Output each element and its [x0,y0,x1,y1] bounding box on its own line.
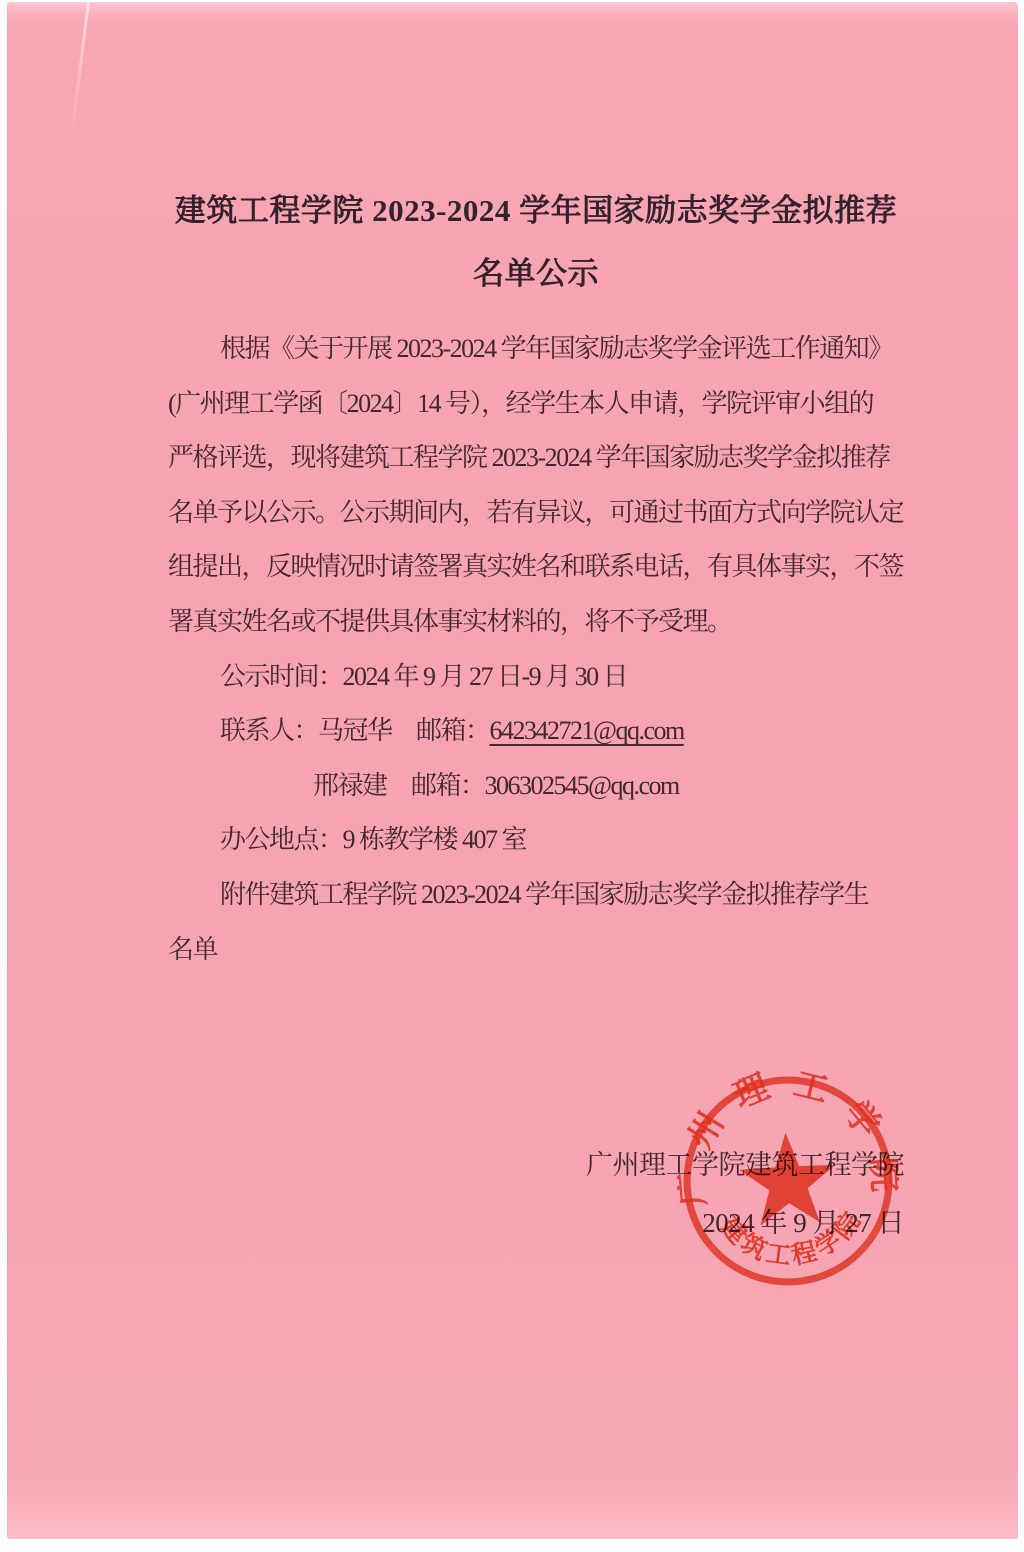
document-title-line2: 名单公示 [168,249,904,299]
seal-star-icon [737,1130,838,1226]
paragraph-line-5: 组提出，反映情况时请签署真实姓名和联系电话，有具体事实，不签 [168,540,910,595]
contact2-email: 306302545@qq.com [485,771,679,800]
attachment-line-2: 名单 [168,923,910,978]
office-location-line: 办公地点：9 栋教学楼 407 室 [168,813,910,868]
paragraph-line-4: 名单予以公示。公示期间内，若有异议，可通过书面方式向学院认定 [168,486,910,541]
contact1-label: 联系人：马冠华 邮箱： [220,716,490,745]
scanned-document-page: 建筑工程学院 2023-2024 学年国家励志奖学金拟推荐 名单公示 根据《关于… [0,0,1024,1552]
official-seal: 广州理工学院 建筑工程学院 [671,1062,905,1299]
paragraph-line-6: 署真实姓名或不提供具体事实材料的，将不予受理。 [168,595,910,650]
publicity-time-line: 公示时间：2024 年 9 月 27 日-9 月 30 日 [168,650,910,705]
paragraph-line-3: 严格评选，现将建筑工程学院 2023-2024 学年国家励志奖学金拟推荐 [168,431,910,486]
paragraph-line-2: (广州理工学函〔2024〕14 号），经学生本人申请，学院评审小组的 [168,377,910,432]
document-title-line1: 建筑工程学院 2023-2024 学年国家励志奖学金拟推荐 [168,186,904,236]
document-body: 根据《关于开展 2023-2024 学年国家励志奖学金评选工作通知》 (广州理工… [168,322,910,977]
paper-crease [70,2,90,136]
paragraph-line-1: 根据《关于开展 2023-2024 学年国家励志奖学金评选工作通知》 [168,322,910,377]
contact2-label: 邢禄建 邮箱： [313,771,485,800]
pink-paper: 建筑工程学院 2023-2024 学年国家励志奖学金拟推荐 名单公示 根据《关于… [7,2,1018,1539]
contact1-email: 642342721@qq.com [490,716,684,745]
attachment-line-1: 附件建筑工程学院 2023-2024 学年国家励志奖学金拟推荐学生 [168,868,910,923]
contact1-line: 联系人：马冠华 邮箱：642342721@qq.com [168,704,910,759]
contact2-line: 邢禄建 邮箱：306302545@qq.com [168,759,910,814]
